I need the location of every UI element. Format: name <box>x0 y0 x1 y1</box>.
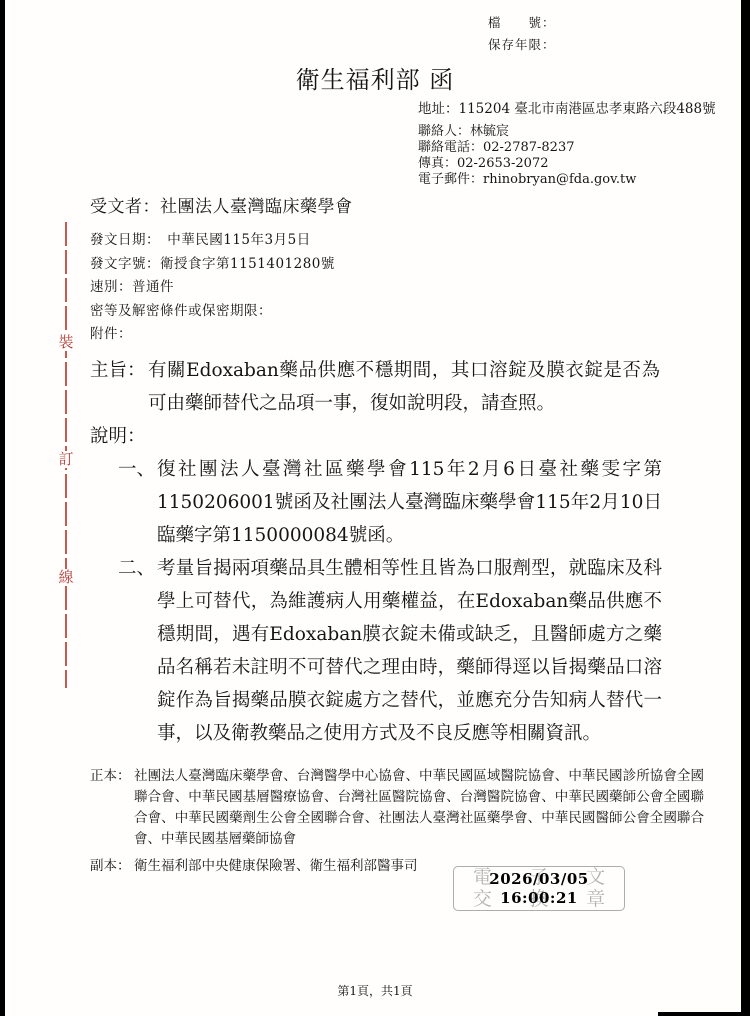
retention-period-label: 保存年限： <box>488 34 556 56</box>
sender-phone: 聯絡電話：02-2787-8237 <box>418 140 716 156</box>
page-footer: 第1頁，共1頁 <box>0 982 750 999</box>
item-text: 復社團法人臺灣社區藥學會115年2月6日臺社藥雯字第1150206001號函及社… <box>157 453 662 552</box>
sender-address: 地址：115204 臺北市南港區忠孝東路六段488號 <box>418 101 716 117</box>
binding-char-xian: 線 <box>58 569 74 586</box>
original-label: 正本： <box>90 766 134 787</box>
copies-block: 正本： 社團法人臺灣臨床藥學會、台灣醫學中心協會、中華民國區域醫院協會、中華民國… <box>90 766 704 877</box>
binding-char-zhuang: 裝 <box>58 334 74 351</box>
stamp-date: 2026/03/05 <box>489 870 588 889</box>
meta-issue-date: 發文日期： 中華民國115年3月5日 <box>90 229 335 253</box>
sender-fax: 傳真：02-2653-2072 <box>418 156 716 172</box>
subject-text: 有關Edoxaban藥品供應不穩期間，其口溶錠及膜衣錠是否為可由藥師替代之品項一… <box>148 354 660 420</box>
subject-line: 主旨： 有關Edoxaban藥品供應不穩期間，其口溶錠及膜衣錠是否為可由藥師替代… <box>90 354 668 420</box>
electronic-exchange-stamp: 電 子 文 交 換 章 2026/03/05 16:00:21 <box>453 866 625 911</box>
subject-label: 主旨： <box>90 354 148 387</box>
cc-label: 副本： <box>90 856 134 877</box>
meta-attachment: 附件： <box>90 323 335 347</box>
official-letter-page: 檔 號： 保存年限： 衛生福利部 函 地址：115204 臺北市南港區忠孝東路六… <box>0 0 750 1016</box>
recipient-line: 受文者：社團法人臺灣臨床藥學會 <box>90 192 353 217</box>
item-number: 一、 <box>118 453 157 486</box>
document-title: 衛生福利部 函 <box>0 60 750 95</box>
meta-block: 發文日期： 中華民國115年3月5日 發文字號：衛授食字第1151401280號… <box>90 229 335 347</box>
meta-security-class: 密等及解密條件或保密期限： <box>90 300 335 324</box>
binding-char-ding: 訂 <box>58 451 74 468</box>
sender-info-block: 地址：115204 臺北市南港區忠孝東路六段488號 聯絡人：林毓宸 聯絡電話：… <box>418 101 716 188</box>
sender-email: 電子郵件：rhinobryan@fda.gov.tw <box>418 172 716 188</box>
scan-edge-bottom <box>658 1012 750 1016</box>
item-text: 考量旨揭兩項藥品具生體相等性且皆為口服劑型，就臨床及科學上可替代，為維護病人用藥… <box>157 552 662 750</box>
item-number: 二、 <box>118 552 157 585</box>
explanation-item-2: 二、 考量旨揭兩項藥品具生體相等性且皆為口服劑型，就臨床及科學上可替代，為維護病… <box>90 552 668 750</box>
stamp-datetime: 2026/03/05 16:00:21 <box>454 868 624 910</box>
sender-contact-person: 聯絡人：林毓宸 <box>418 124 716 140</box>
file-number-block: 檔 號： 保存年限： <box>488 12 556 56</box>
letter-body: 主旨： 有關Edoxaban藥品供應不穩期間，其口溶錠及膜衣錠是否為可由藥師替代… <box>90 354 668 750</box>
original-recipients: 社團法人臺灣臨床藥學會、台灣醫學中心協會、中華民國區域醫院協會、中華民國診所協會… <box>134 766 704 850</box>
explanation-item-1: 一、 復社團法人臺灣社區藥學會115年2月6日臺社藥雯字第1150206001號… <box>90 453 668 552</box>
scan-edge-left <box>0 0 5 1016</box>
meta-speed-class: 速別：普通件 <box>90 276 335 300</box>
stamp-time: 16:00:21 <box>500 889 578 908</box>
meta-doc-number: 發文字號：衛授食字第1151401280號 <box>90 253 335 277</box>
scan-edge-right <box>741 0 750 1016</box>
file-number-label: 檔 號： <box>488 12 556 34</box>
original-recipients-line: 正本： 社團法人臺灣臨床藥學會、台灣醫學中心協會、中華民國區域醫院協會、中華民國… <box>90 766 704 850</box>
explanation-heading: 說明： <box>90 420 668 453</box>
